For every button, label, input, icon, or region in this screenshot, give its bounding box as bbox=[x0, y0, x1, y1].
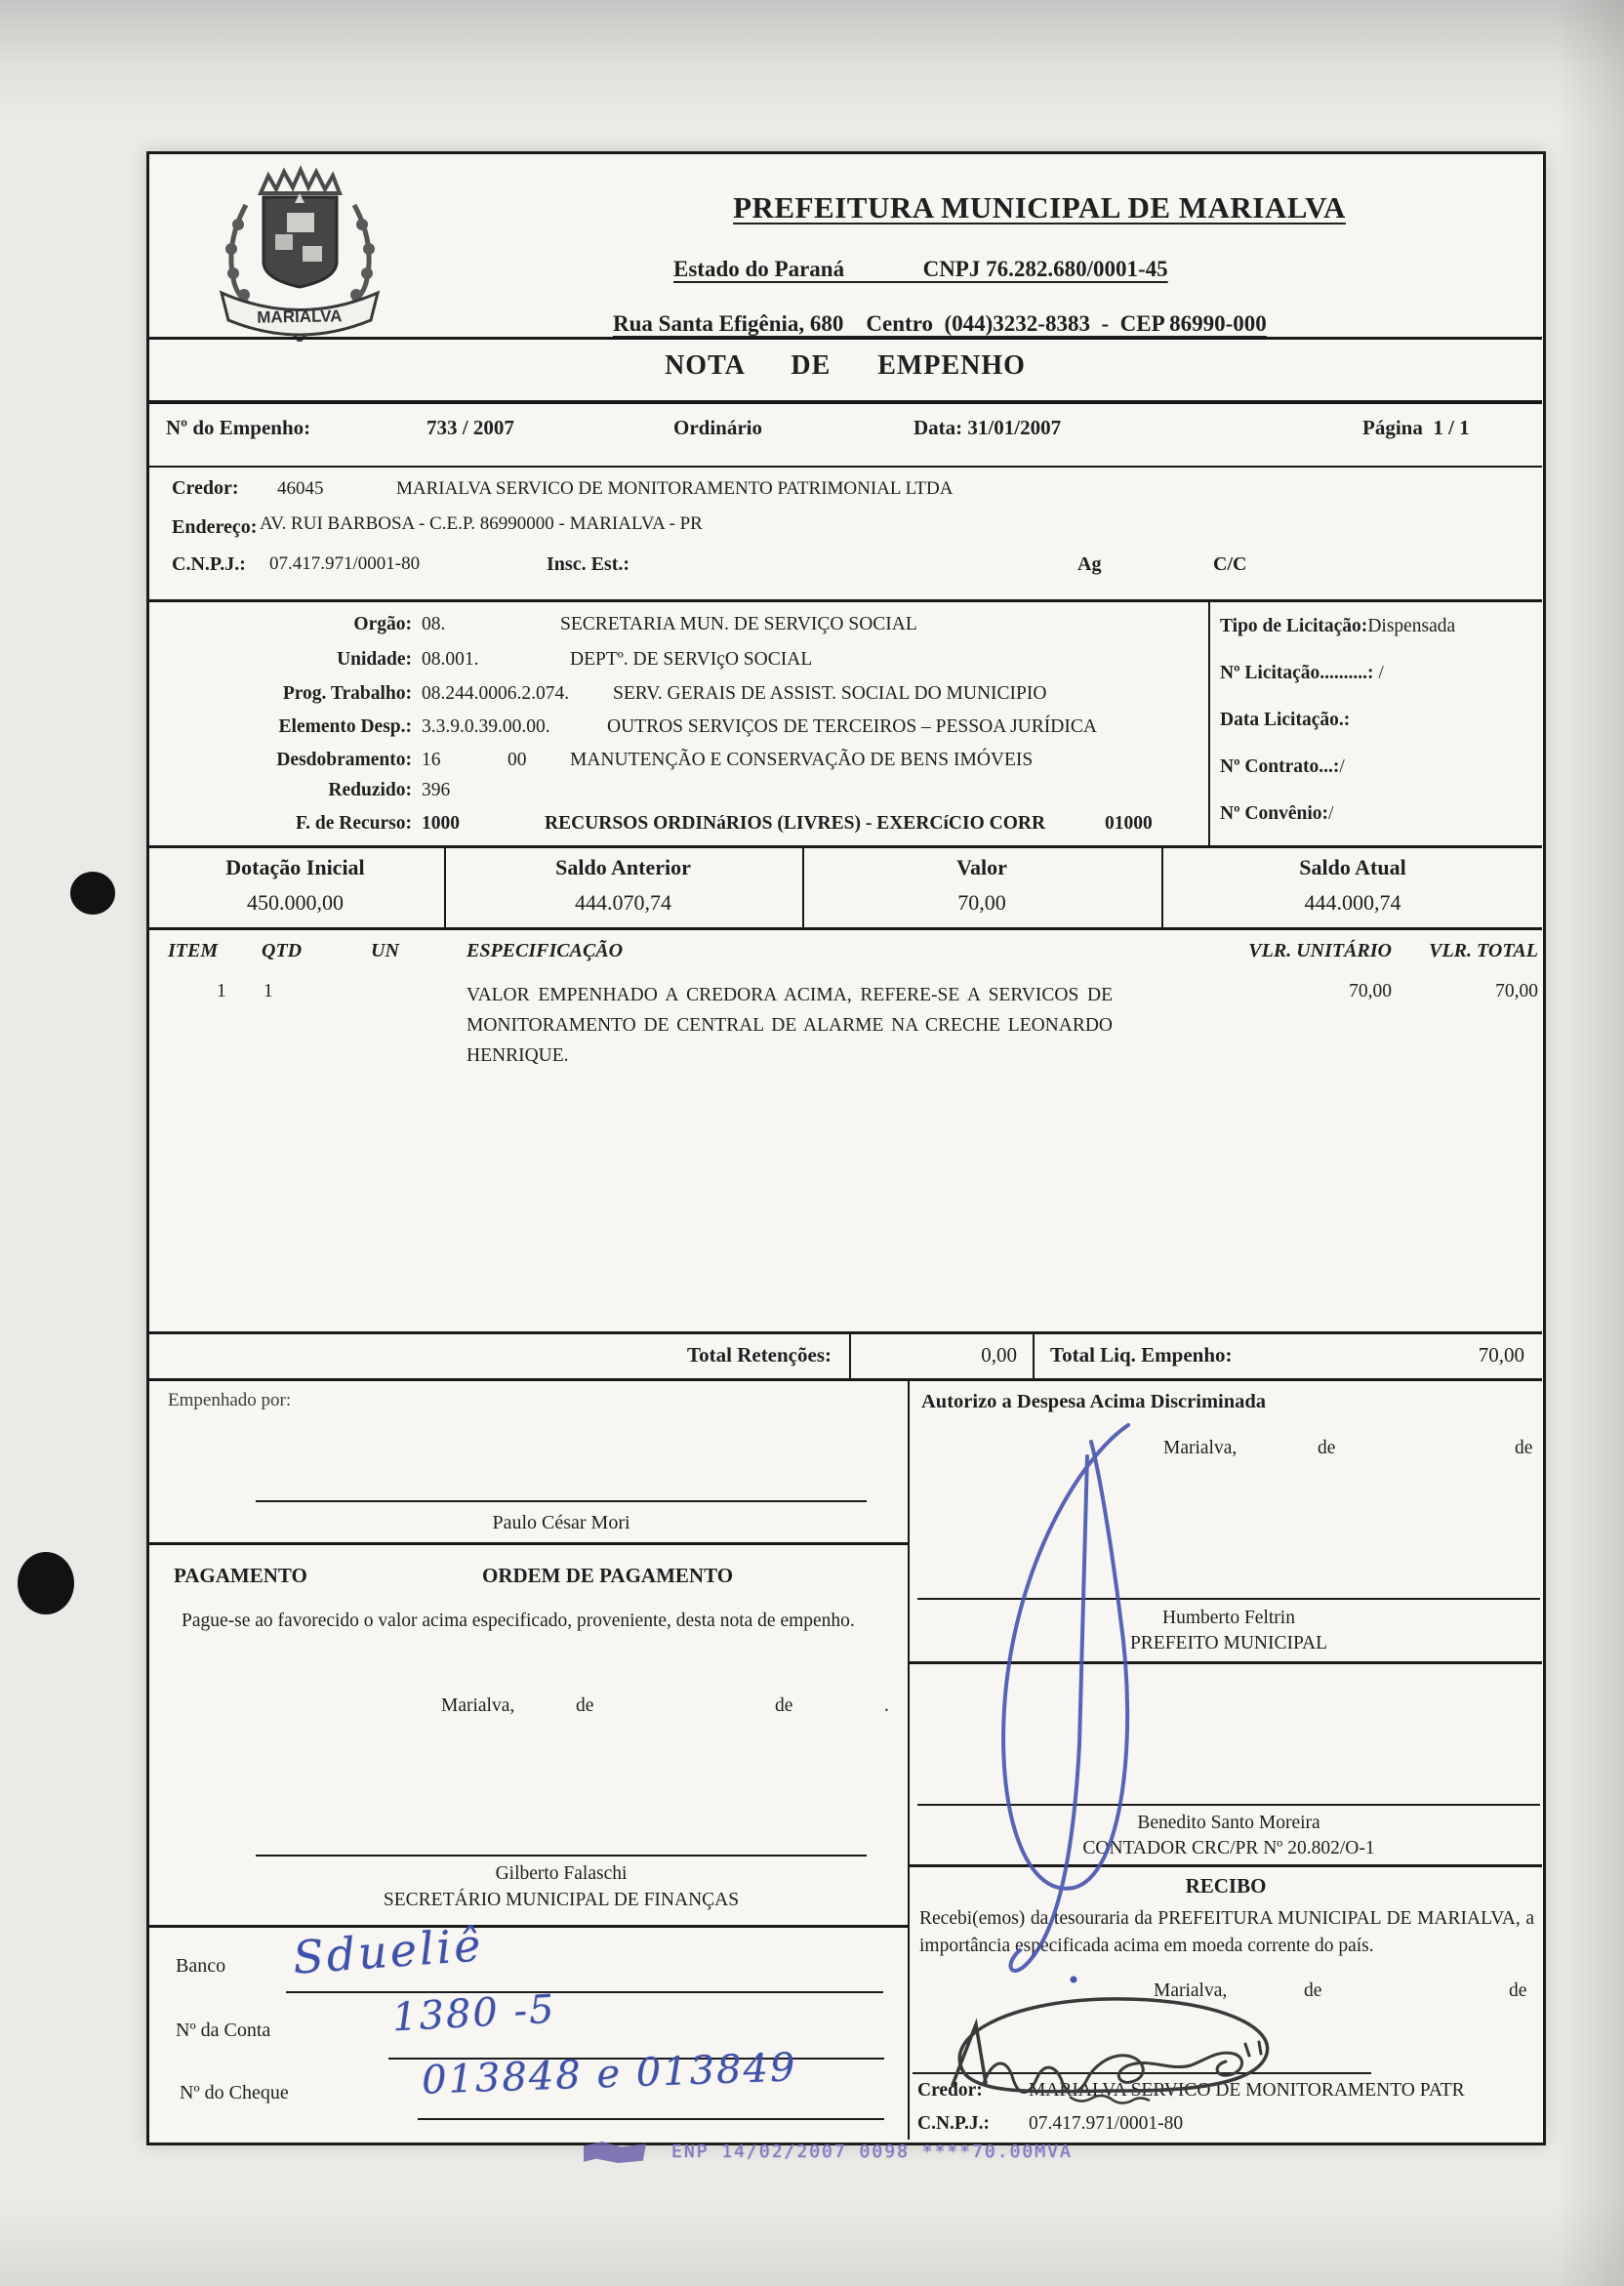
org-state-cnpj: Estado do Paraná CNPJ 76.282.680/0001-45 bbox=[673, 256, 1168, 283]
scan-shadow-right bbox=[1556, 0, 1624, 2286]
bidding-type-row: Tipo de Licitação:Dispensada bbox=[1220, 615, 1455, 637]
organ-label: Orgão: bbox=[156, 613, 412, 635]
bidding-number-label: Nº Licitação..........: bbox=[1220, 663, 1374, 683]
receipt-signature bbox=[923, 1987, 1323, 2104]
expense-element-code: 3.3.9.0.39.00.00. bbox=[422, 715, 550, 738]
agreement-number-row: Nº Convênio:/ bbox=[1220, 802, 1333, 825]
creditor-address: AV. RUI BARBOSA - C.E.P. 86990000 - MARI… bbox=[260, 513, 703, 536]
payment-order-title: ORDEM DE PAGAMENTO bbox=[482, 1564, 733, 1588]
resource-source-code: 1000 bbox=[422, 812, 460, 835]
stamp-text: ENP 14/02/2007 0098 ****70.00MVA bbox=[671, 2142, 1073, 2162]
address-label: Endereço: bbox=[172, 515, 257, 539]
previous-balance-header: Saldo Anterior bbox=[446, 855, 800, 880]
work-program-desc: SERV. GERAIS DE ASSIST. SOCIAL DO MUNICI… bbox=[613, 682, 1046, 705]
amount-value: 70,00 bbox=[804, 890, 1159, 916]
org-address: Rua Santa Efigênia, 680 Centro (044)3232… bbox=[613, 310, 1267, 338]
creditor-label: Credor: bbox=[172, 476, 239, 500]
document-org-title: PREFEITURA MUNICIPAL DE MARIALVA bbox=[547, 189, 1532, 225]
bidding-type-value: Dispensada bbox=[1367, 616, 1455, 636]
finance-secretary-title: SECRETÁRIO MUNICIPAL DE FINANÇAS bbox=[256, 1889, 867, 1911]
payment-section-title: PAGAMENTO bbox=[174, 1564, 307, 1588]
bank-label: Banco bbox=[176, 1954, 225, 1978]
receipt-cnpj-label: C.N.P.J.: bbox=[917, 2112, 990, 2135]
page-indicator: Página 1 / 1 bbox=[1362, 416, 1470, 440]
authorize-expense-title: Autorizo a Despesa Acima Discriminada bbox=[921, 1390, 1266, 1414]
finance-secretary-name: Gilberto Falaschi bbox=[256, 1862, 867, 1885]
agency-label: Ag bbox=[1077, 552, 1101, 576]
bidding-type-label: Tipo de Licitação: bbox=[1220, 616, 1367, 636]
empenho-number-label: Nº do Empenho: bbox=[166, 416, 310, 440]
creditor-code: 46045 bbox=[277, 478, 324, 501]
item-qty: 1 bbox=[264, 980, 273, 1002]
initial-allocation-value: 450.000,00 bbox=[148, 890, 442, 916]
empenho-type: Ordinário bbox=[673, 416, 762, 440]
reduced-code: 396 bbox=[422, 779, 450, 801]
organ-code: 08. bbox=[422, 613, 445, 635]
committed-by-name: Paulo César Mori bbox=[256, 1511, 867, 1534]
current-balance-value: 444.000,74 bbox=[1163, 890, 1542, 916]
spec-col-header: ESPECIFICAÇÃO bbox=[467, 939, 623, 962]
item-unit-price: 70,00 bbox=[1259, 980, 1392, 1002]
expense-element-desc: OUTROS SERVIÇOS DE TERCEIROS – PESSOA JU… bbox=[607, 715, 1097, 738]
unit-price-col-header: VLR. UNITÁRIO bbox=[1200, 939, 1392, 962]
payment-order-text: Pague-se ao favorecido o valor acima esp… bbox=[182, 1607, 871, 1635]
ink-blob-artifact bbox=[70, 872, 115, 915]
receipt-cnpj-value: 07.417.971/0001-80 bbox=[1029, 2112, 1183, 2135]
resource-source-label: F. de Recurso: bbox=[156, 812, 412, 835]
amount-header: Valor bbox=[804, 855, 1159, 880]
previous-balance-value: 444.070,74 bbox=[446, 890, 800, 916]
bidding-number-row: Nº Licitação..........: / bbox=[1220, 662, 1384, 684]
shield-icon bbox=[264, 197, 337, 287]
scan-shadow-top bbox=[0, 0, 1624, 127]
document-title: NOTA DE EMPENHO bbox=[148, 349, 1542, 383]
state-reg-label: Insc. Est.: bbox=[547, 552, 629, 576]
item-specification: VALOR EMPENHADO A CREDORA ACIMA, REFERE-… bbox=[467, 980, 1113, 1072]
unit-label: Unidade: bbox=[156, 648, 412, 671]
bidding-date-row: Data Licitação.: bbox=[1220, 709, 1350, 731]
empenho-date: Data: 31/01/2007 bbox=[913, 416, 1061, 440]
creditor-name: MARIALVA SERVICO DE MONITORAMENTO PATRIM… bbox=[396, 478, 953, 501]
scanned-document-page: MARIALVA PREFEITURA MUNICIPAL DE MARIALV… bbox=[0, 0, 1624, 2286]
retentions-total-value: 0,00 bbox=[908, 1343, 1017, 1368]
cheque-number-label: Nº do Cheque bbox=[180, 2081, 289, 2104]
net-commitment-value: 70,00 bbox=[1415, 1343, 1524, 1368]
qty-col-header: QTD bbox=[262, 939, 302, 962]
contract-number-row: Nº Contrato...:/ bbox=[1220, 755, 1345, 778]
payment-period: . bbox=[884, 1694, 889, 1717]
resource-source-desc: RECURSOS ORDINáRIOS (LIVRES) - EXERCíCIO… bbox=[545, 812, 1045, 835]
payment-de2: de bbox=[775, 1694, 792, 1717]
empenho-number-value: 733 / 2007 bbox=[426, 416, 514, 440]
payment-city: Marialva, bbox=[441, 1694, 514, 1717]
contract-number-value: / bbox=[1339, 756, 1344, 777]
account-label: C/C bbox=[1213, 552, 1246, 576]
unit-code: 08.001. bbox=[422, 648, 479, 671]
contract-number-label: Nº Contrato...: bbox=[1220, 756, 1339, 777]
agreement-number-label: Nº Convênio: bbox=[1220, 803, 1328, 824]
payment-de1: de bbox=[576, 1694, 593, 1717]
breakdown-desc: MANUTENÇÃO E CONSERVAÇÃO DE BENS IMÓVEIS bbox=[570, 749, 1033, 771]
item-number: 1 bbox=[217, 980, 226, 1002]
expense-element-label: Elemento Desp.: bbox=[156, 715, 412, 738]
cnpj-label: C.N.P.J.: bbox=[172, 552, 246, 576]
account-number-handwritten-value: 1380 -5 bbox=[391, 1987, 557, 2041]
banner-text: MARIALVA bbox=[257, 306, 343, 327]
agreement-number-value: / bbox=[1328, 803, 1333, 824]
marialva-coat-of-arms: MARIALVA bbox=[178, 156, 422, 342]
receipt-de2: de bbox=[1509, 1980, 1526, 2002]
scan-shadow-bottom bbox=[0, 2198, 1624, 2286]
authorize-de2: de bbox=[1515, 1437, 1532, 1459]
breakdown-code: 16 bbox=[422, 749, 441, 771]
net-commitment-label: Total Liq. Empenho: bbox=[1050, 1343, 1233, 1368]
initial-allocation-header: Dotação Inicial bbox=[148, 855, 442, 880]
work-program-label: Prog. Trabalho: bbox=[156, 682, 412, 705]
breakdown-code2: 00 bbox=[507, 749, 527, 771]
current-balance-header: Saldo Atual bbox=[1163, 855, 1542, 880]
item-col-header: ITEM bbox=[168, 939, 218, 962]
breakdown-label: Desdobramento: bbox=[156, 749, 412, 771]
unit-desc: DEPTº. DE SERVIçO SOCIAL bbox=[570, 648, 812, 671]
mayor-signature bbox=[964, 1417, 1198, 1993]
retentions-total-label: Total Retenções: bbox=[547, 1343, 832, 1368]
resource-source-extra: 01000 bbox=[1105, 812, 1153, 835]
bidding-date-label: Data Licitação.: bbox=[1220, 710, 1350, 730]
committed-by-label: Empenhado por: bbox=[168, 1390, 291, 1412]
work-program-code: 08.244.0006.2.074. bbox=[422, 682, 569, 705]
item-total-price: 70,00 bbox=[1405, 980, 1538, 1002]
account-number-label: Nº da Conta bbox=[176, 2019, 270, 2042]
crown-icon bbox=[261, 170, 340, 193]
reduced-label: Reduzido: bbox=[156, 779, 412, 801]
authorize-de1: de bbox=[1318, 1437, 1335, 1459]
total-price-col-header: VLR. TOTAL bbox=[1405, 939, 1538, 962]
organ-desc: SECRETARIA MUN. DE SERVIÇO SOCIAL bbox=[560, 613, 917, 635]
unit-col-header: UN bbox=[371, 939, 399, 962]
bidding-number-value: / bbox=[1374, 663, 1384, 683]
creditor-cnpj: 07.417.971/0001-80 bbox=[269, 553, 420, 576]
ink-blob-artifact bbox=[18, 1552, 74, 1614]
